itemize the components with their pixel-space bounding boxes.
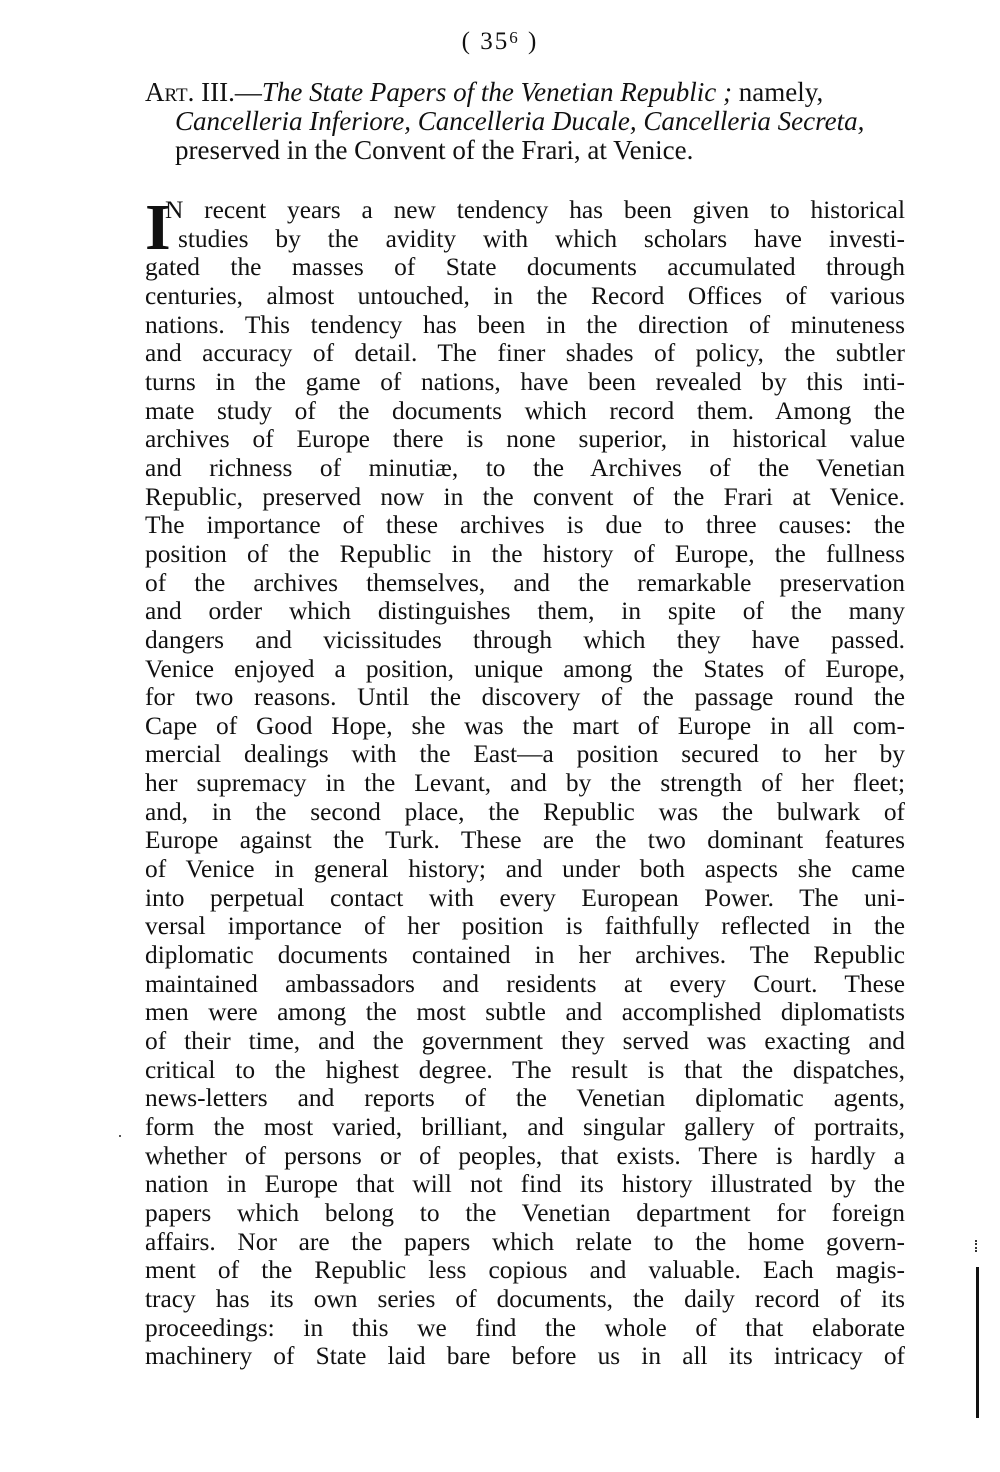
text-line: centuries, almost untouched, in the Reco… bbox=[145, 282, 905, 311]
text-line: of the archives themselves, and the rema… bbox=[145, 569, 905, 598]
text-line: dangers and vicissitudes through which t… bbox=[145, 626, 905, 655]
text-line: of their time, and the government they s… bbox=[145, 1027, 905, 1056]
text-line: and accuracy of detail. The finer shades… bbox=[145, 339, 905, 368]
text-line: ment of the Republic less copious and va… bbox=[145, 1256, 905, 1285]
text-line: her supremacy in the Levant, and by the … bbox=[145, 769, 905, 798]
text-line: turns in the game of nations, have been … bbox=[145, 368, 905, 397]
page-number: ( 356 ) bbox=[0, 28, 1000, 56]
text-line: N recent years a new tendency has been g… bbox=[145, 196, 905, 225]
article-title-rest: namely, bbox=[732, 77, 823, 107]
text-line: and order which distinguishes them, in s… bbox=[145, 597, 905, 626]
text-line: and richness of minutiæ, to the Archives… bbox=[145, 454, 905, 483]
text-line: Cape of Good Hope, she was the mart of E… bbox=[145, 712, 905, 741]
text-line: papers which belong to the Venetian depa… bbox=[145, 1199, 905, 1228]
text-line: proceedings: in this we find the whole o… bbox=[145, 1314, 905, 1343]
text-line: nation in Europe that will not find its … bbox=[145, 1170, 905, 1199]
scan-speck bbox=[119, 1135, 121, 1137]
text-line: affairs. Nor are the papers which relate… bbox=[145, 1228, 905, 1257]
text-line: versal importance of her position is fai… bbox=[145, 912, 905, 941]
scan-margin-dots bbox=[975, 1240, 979, 1252]
heading-line-2: Cancelleria Inferiore, Cancelleria Ducal… bbox=[145, 107, 915, 136]
text-line: maintained ambassadors and residents at … bbox=[145, 970, 905, 999]
text-line: into perpetual contact with every Europe… bbox=[145, 884, 905, 913]
drop-cap: I bbox=[145, 200, 171, 256]
text-line: Republic, preserved now in the convent o… bbox=[145, 483, 905, 512]
body-text: I N recent years a new tendency has been… bbox=[145, 196, 905, 1371]
text-line: critical to the highest degree. The resu… bbox=[145, 1056, 905, 1085]
text-line: studies by the avidity with which schola… bbox=[145, 225, 905, 254]
page-number-close: ) bbox=[520, 28, 539, 55]
article-title: The State Papers of the Venetian Republi… bbox=[262, 77, 732, 107]
page-number-main: ( 35 bbox=[462, 28, 510, 55]
text-line: archives of Europe there is none superio… bbox=[145, 425, 905, 454]
text-line: gated the masses of State documents accu… bbox=[145, 253, 905, 282]
text-line: Venice enjoyed a position, unique among … bbox=[145, 655, 905, 684]
page-number-superscript: 6 bbox=[509, 28, 520, 47]
text-line: machinery of State laid bare before us i… bbox=[145, 1342, 905, 1371]
text-line: Europe against the Turk. These are the t… bbox=[145, 826, 905, 855]
text-line: mercial dealings with the East—a positio… bbox=[145, 740, 905, 769]
text-line: news-letters and reports of the Venetian… bbox=[145, 1084, 905, 1113]
text-line: whether of persons or of peoples, that e… bbox=[145, 1142, 905, 1171]
scan-margin-rule bbox=[976, 1267, 979, 1418]
text-line: The importance of these archives is due … bbox=[145, 511, 905, 540]
heading-line-3: preserved in the Convent of the Frari, a… bbox=[145, 136, 915, 165]
text-line: for two reasons. Until the discovery of … bbox=[145, 683, 905, 712]
text-line: form the most varied, brilliant, and sin… bbox=[145, 1113, 905, 1142]
text-line: men were among the most subtle and accom… bbox=[145, 998, 905, 1027]
text-line: nations. This tendency has been in the d… bbox=[145, 311, 905, 340]
text-line: mate study of the documents which record… bbox=[145, 397, 905, 426]
article-label: Art. bbox=[145, 77, 194, 107]
text-line: and, in the second place, the Republic w… bbox=[145, 798, 905, 827]
text-line: position of the Republic in the history … bbox=[145, 540, 905, 569]
heading-line-1: Art. III.—The State Papers of the Veneti… bbox=[145, 78, 915, 107]
text-line: tracy has its own series of documents, t… bbox=[145, 1285, 905, 1314]
article-heading: Art. III.—The State Papers of the Veneti… bbox=[145, 78, 915, 165]
article-numeral: III.— bbox=[194, 77, 261, 107]
text-line: diplomatic documents contained in her ar… bbox=[145, 941, 905, 970]
text-line: of Venice in general history; and under … bbox=[145, 855, 905, 884]
